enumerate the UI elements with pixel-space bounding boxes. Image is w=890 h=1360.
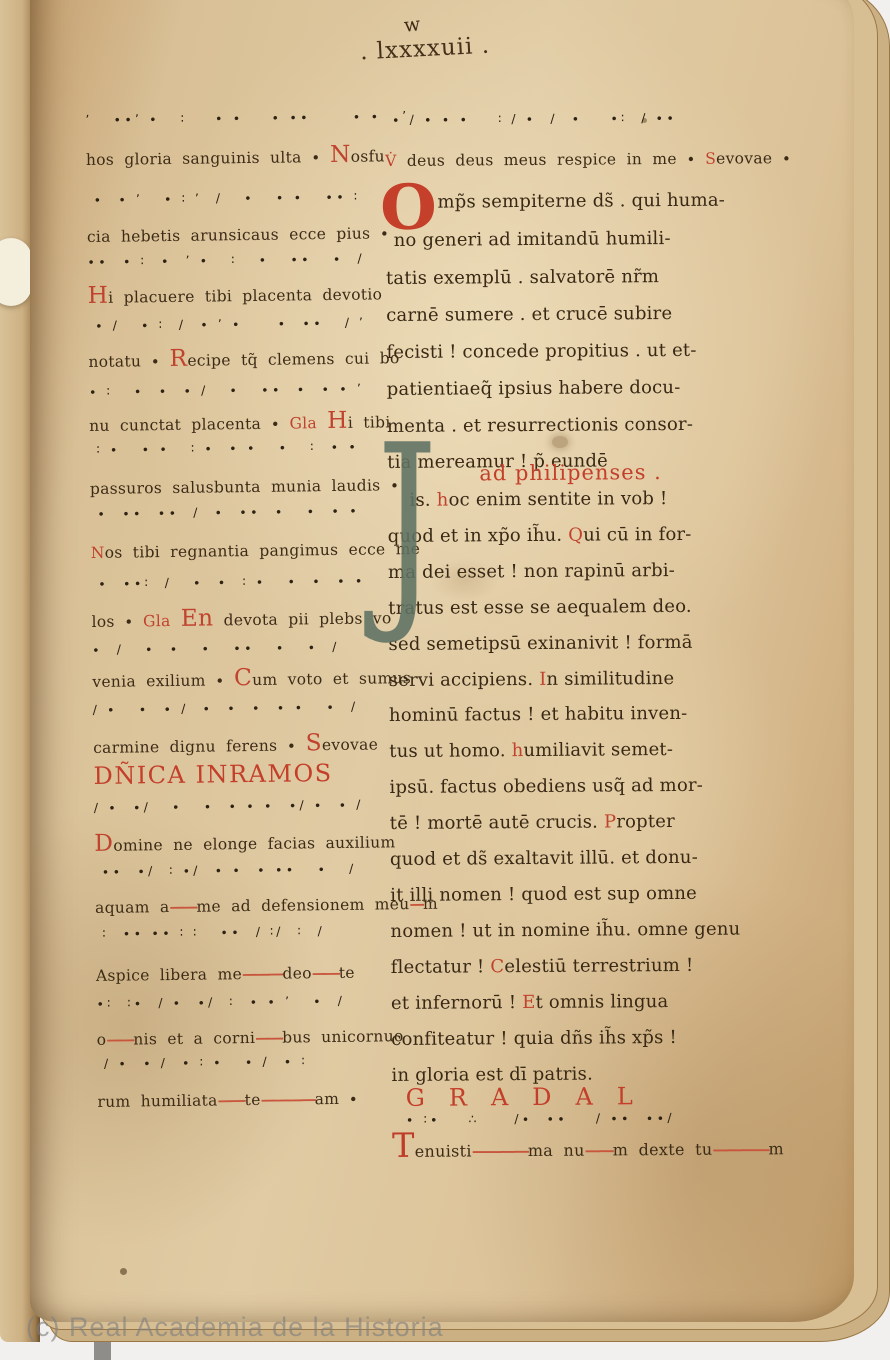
neume-row: ∙ ∙∙ ∙∙ ∕ ∙ ∙∙ ∙ ∙ ∙ ∙ xyxy=(90,503,360,521)
epistle-line: tus ut homo. humiliavit semet- xyxy=(389,739,673,762)
text-segment-bar: —— xyxy=(312,963,339,982)
text-segment-ink: am ∙ xyxy=(315,1090,358,1109)
text-segment-ink: n similitudine xyxy=(546,668,674,690)
text-segment-ink: osfu xyxy=(351,147,385,165)
neume-row: ∙ ∶ ∙ ∙ ∙ ∕ ∙ ∙∙ ∙ ∙ ∙ ʼ xyxy=(89,381,364,399)
text-segment-ink: elestiū terrestrium ! xyxy=(504,955,693,977)
text-segment-ink: carmine dignu ferens ∙ xyxy=(93,736,306,757)
text-segment-ink: los ∙ xyxy=(91,612,143,631)
folio-number: . lxxxxuii . xyxy=(359,33,490,66)
text-segment-ink: devota pii plebs vo xyxy=(213,609,391,629)
chant-line: carmine dignu ferens ∙ Sevovae xyxy=(93,734,378,756)
text-segment-ink: rum humiliata xyxy=(97,1091,217,1110)
text-segment-ink: te xyxy=(339,964,355,982)
neume-row: ʼ ∙∙ʼ ∙ ∶ ∙ ∙ ∙ ∙∙ ∙ ∙ ʼ xyxy=(85,108,409,127)
text-segment-ink: um voto et sumus xyxy=(252,669,411,689)
chant-line: Aspice libera me———deo——te xyxy=(96,963,355,985)
text-segment-ink: et infernorū ! xyxy=(391,992,522,1014)
text-segment-ink: quod et ds̃ exaltavit illū. et donu- xyxy=(390,847,698,870)
initial-O: O xyxy=(380,182,437,235)
neume-row: ∙ ∙∙∶ ∕ ∙ ∙ ∶ ∙ ∙ ∙ ∙ ∙ xyxy=(91,573,366,591)
text-segment-ink: i placuere tibi placenta devotio xyxy=(108,285,382,306)
epistle-line: is. hoc enim sentite in vob ! xyxy=(409,488,667,511)
text-segment-ink: servi accipiens. xyxy=(389,669,540,691)
epistle-line: hominū factus ! et habitu inven- xyxy=(389,703,688,726)
epistle-line: nomen ! ut in nomine ih̃u. omne genu xyxy=(390,919,740,942)
text-segment-redinit: C xyxy=(234,664,252,691)
text-segment-ink: tus ut homo. xyxy=(389,740,512,762)
text-segment-ink: ecipe tq̃ clemens cui bo xyxy=(187,349,399,370)
manuscript-photo: w . lxxxxuii . ʼ ∙∙ʼ ∙ ∶ ∙ ∙ ∙ ∙∙ ∙ ∙ ʼ … xyxy=(0,0,890,1360)
neume-row: ∙ ∙ ʼ ∙ ∶ ʼ ∕ ∙ ∙ ∙ ∙∙ ∶ xyxy=(86,189,360,207)
epistle-line: servi accipiens. In similitudine xyxy=(389,668,675,691)
text-segment-ink xyxy=(317,414,327,432)
text-segment-ink: te xyxy=(245,1091,261,1109)
collect-line: mp̃s sempiterne ds̃ . qui huma- xyxy=(437,190,725,213)
text-segment-bar: ——— xyxy=(242,964,283,983)
collect-line: patientiaeq̃ ipsius habere docu- xyxy=(387,377,681,400)
text-segment-ink: nu cunctat placenta ∙ xyxy=(89,415,290,435)
epistle-line: quod et ds̃ exaltavit illū. et donu- xyxy=(390,847,698,870)
neume-row: ∙ ∕ ∙ ∶ ∕ ∙ ʼ ∙ ∙ ∙∙ ∕ ʼ xyxy=(88,315,366,333)
text-segment-ink: confiteatur ! quia dñs ih̃s xp̃s ! xyxy=(391,1027,677,1050)
text-segment-red: h xyxy=(512,740,524,761)
text-segment-ink: o xyxy=(97,1031,107,1049)
text-segment-ink: mp̃s sempiterne ds̃ . qui huma- xyxy=(437,190,725,213)
text-segment-ink: ma nu xyxy=(528,1141,585,1160)
collect-line: carnē sumere . et crucē subire xyxy=(386,303,672,326)
text-segment-red: E xyxy=(522,992,535,1013)
neume-row: ∙∙ ∙∕ ∶ ∙∕ ∙ ∙ ∙ ∙∙ ∙ ∕ xyxy=(95,861,357,879)
chant-line: Nos tibi regnantia pangimus ecce me xyxy=(91,540,421,562)
watermark: (c) Real Academia de la Historia xyxy=(26,1312,444,1343)
chant-line: cia hebetis arunsicaus ecce pius ∙ xyxy=(87,224,389,246)
text-segment-redinitbig: T xyxy=(392,1126,415,1165)
text-segment-ink: deo xyxy=(282,964,312,982)
rubric-palm-sunday: DÑICA INRAMOS xyxy=(93,759,332,790)
text-segment-bar: —— xyxy=(255,1028,282,1047)
text-segment-ink: fecisti ! concede propitius . ut et- xyxy=(386,340,696,363)
epistle-line: tē ! mortē autē crucis. Propter xyxy=(390,811,675,834)
neume-row: ∕ ∙ ∙ ∙ ∕ ∙ ∙ ∙ ∙ ∙ ∙ ∕ xyxy=(93,699,359,717)
rubric-gradual: GRADAL xyxy=(406,1082,657,1112)
text-segment-ink: aquam a xyxy=(95,898,170,917)
text-segment-bar: —— xyxy=(169,897,196,916)
neume-row: ∕ ∙ ∙∕ ∙ ∙ ∙ ∙ ∙ ∙∕ ∙ ∙ ∕ xyxy=(94,797,364,815)
text-segment-red: S xyxy=(705,150,716,168)
text-segment-redinit: S xyxy=(305,729,322,756)
text-segment-redinit: H xyxy=(327,407,348,434)
text-segment-ink: os tibi regnantia pangimus ecce me xyxy=(105,540,421,562)
folio-quire-mark: w xyxy=(403,13,421,37)
epistle-line: et infernorū ! Et omnis lingua xyxy=(391,991,669,1014)
text-segment-ink: no generi ad imitandū humili- xyxy=(394,228,671,251)
text-segment-bar: ———— xyxy=(712,1139,768,1158)
neume-row: ∙∶ ∶∙ ∕ ∙ ∙∕ ∶ ∙ ∙ ʼ ∙ ∕ xyxy=(96,993,345,1011)
rubric-epistle-title: ad philipenses . xyxy=(479,460,662,485)
text-segment-ink: tē ! mortē autē crucis. xyxy=(390,811,604,833)
text-segment-ink: ui cū in for- xyxy=(583,524,691,546)
chant-line: aquam a——me ad defensionem meu—m xyxy=(95,894,438,917)
text-segment-ink: deus deus meus respice in me ∙ xyxy=(407,150,705,170)
text-segment-bar: ———— xyxy=(472,1141,528,1160)
epistle-line: ipsū. factus obediens usq̃ ad mor- xyxy=(389,775,703,798)
chant-line: los ∙ Gla En devota pii plebs vo xyxy=(91,608,391,631)
text-segment-ink: evovae ∙ xyxy=(716,149,790,168)
text-segment-ink: m dexte tu xyxy=(613,1140,713,1160)
text-segment-redinit: N xyxy=(330,141,351,168)
text-segment-ink: t omnis lingua xyxy=(535,991,668,1013)
chant-line: o——nis et a corni——bus unicornuo xyxy=(97,1026,404,1049)
neume-row: ∙∙ ∙ ∶ ∙ ʼ ∙ ∶ ∙ ∙∙ ∙ ∕ xyxy=(87,251,365,269)
epistle-line: it illi nomen ! quod est sup omne xyxy=(390,883,697,906)
text-segment-ink: patientiaeq̃ ipsius habere docu- xyxy=(387,377,681,400)
text-segment-ink: enuisti xyxy=(415,1141,472,1160)
parchment-stain xyxy=(120,1268,127,1275)
manuscript-page: w . lxxxxuii . ʼ ∙∙ʼ ∙ ∶ ∙ ∙ ∙ ∙∙ ∙ ∙ ʼ … xyxy=(30,0,854,1322)
text-segment-red: Q xyxy=(568,525,583,546)
text-segment-ink: umiliavit semet- xyxy=(523,739,673,761)
text-segment-red: Gla xyxy=(143,612,171,630)
neume-row: ∙ ∕ ∙ ∙ ∙ ∙∙ ∙ ∙ ∕ xyxy=(92,639,340,657)
text-segment-redinit: En xyxy=(181,604,214,631)
chant-line: notatu ∙ Recipe tq̃ clemens cui bo xyxy=(88,348,399,371)
collect-line: fecisti ! concede propitius . ut et- xyxy=(386,340,696,363)
text-segment-ink: m xyxy=(768,1139,784,1158)
text-segment-ink: passuros salusbunta munia laudis ∙ xyxy=(90,476,399,498)
text-segment-ink: carnē sumere . et crucē subire xyxy=(386,303,672,326)
text-segment-red: N xyxy=(91,544,105,562)
text-segment-ink xyxy=(170,612,180,630)
chant-line: venia exilium ∙ Cum voto et sumus xyxy=(92,668,411,691)
versicle-line: V̇ deus deus meus respice in me ∙ Sevova… xyxy=(385,149,790,170)
text-segment-bar: ———— xyxy=(261,1089,315,1109)
text-segment-ink: nis et a corni xyxy=(133,1029,255,1048)
epistle-line: flectatur ! Celestiū terrestrium ! xyxy=(391,955,694,978)
chant-line: rum humiliata——te————am ∙ xyxy=(97,1089,357,1111)
text-segment-ink: notatu ∙ xyxy=(88,352,169,371)
neume-row: ∶ ∙∙ ∙∙ ∶ ∶ ∙∙ ∕ ∶∕ ∶ ∕ xyxy=(95,923,325,941)
text-segment-ink: omine ne elonge facias auxilium xyxy=(113,833,395,854)
epistle-line: confiteatur ! quia dñs ih̃s xp̃s ! xyxy=(391,1027,677,1050)
gradual-incipit-line: Tenuisti————ma nu——m dexte tu————m xyxy=(392,1133,784,1161)
text-segment-ink: flectatur ! xyxy=(391,956,491,978)
text-segment-red: I xyxy=(539,669,546,690)
white-tab-marker xyxy=(0,238,32,306)
text-segment-red: Gla xyxy=(289,414,317,432)
text-segment-ink: ipsū. factus obediens usq̃ ad mor- xyxy=(389,775,703,798)
text-segment-red: h xyxy=(437,490,449,511)
text-segment-bar: —— xyxy=(218,1090,245,1109)
text-segment-ink: venia exilium ∙ xyxy=(92,671,234,691)
text-segment-ink: hominū factus ! et habitu inven- xyxy=(389,703,688,726)
chant-line: passuros salusbunta munia laudis ∙ xyxy=(90,476,399,498)
chant-line: nu cunctat placenta ∙ Gla Hi tibi xyxy=(89,412,391,435)
collect-line: no generi ad imitandū humili- xyxy=(394,228,671,251)
chant-line: hos gloria sanguinis ulta ∙ Nosfu xyxy=(86,146,385,169)
text-segment-ink: me ad defensionem meu xyxy=(196,895,409,916)
text-segment-red: P xyxy=(604,811,616,832)
collect-line: tatis exemplū . salvatorē nr̃m xyxy=(386,266,659,289)
neume-row: ∶ ∙ ∙ ∙ ∶ ∙ ∙ ∙ ∙ ∶ ∙ ∙ xyxy=(89,439,359,457)
text-segment-redinit: R xyxy=(169,345,187,372)
text-segment-ink: nomen ! ut in nomine ih̃u. omne genu xyxy=(390,919,740,942)
text-segment-ink: it illi nomen ! quod est sup omne xyxy=(390,883,697,906)
text-segment-ink: tatis exemplū . salvatorē nr̃m xyxy=(386,266,659,289)
neume-row: ∕ ∙ ∙ ∕ ∙ ∶ ∙ ∙ ∕ ∙ ∶ xyxy=(97,1053,308,1071)
text-segment-ink: cia hebetis arunsicaus ecce pius ∙ xyxy=(87,224,389,246)
text-segment-red: V̇ xyxy=(385,152,407,170)
text-segment-bar: —— xyxy=(585,1140,613,1159)
text-segment-redinit: D xyxy=(94,830,113,857)
text-segment-ink: hos gloria sanguinis ulta ∙ xyxy=(86,148,330,169)
chant-line: Domine ne elonge facias auxilium xyxy=(94,832,395,855)
text-segment-ink: bus unicornuo xyxy=(282,1027,404,1046)
neume-row: ∙ ∶∙ ∴ ∕∙ ∙∙ ∕ ∙∙ ∙∙∕ xyxy=(392,1110,675,1127)
text-segment-bar: —— xyxy=(106,1029,133,1048)
text-segment-ink: ropter xyxy=(616,811,675,832)
parchment-stain xyxy=(552,436,568,448)
text-segment-ink: evovae xyxy=(322,735,378,754)
chant-line: Hi placuere tibi placenta devotio xyxy=(88,284,383,307)
neume-row: ∙ ∕ ∙ ∙ ∙ ∶ ∕ ∙ ∕ ∙ ∙∶ ∕ ∙∙ xyxy=(385,110,677,127)
text-segment-ink: oc enim sentite in vob ! xyxy=(448,488,667,511)
text-segment-redinit: H xyxy=(87,282,108,309)
text-segment-ink: Aspice libera me xyxy=(96,965,242,985)
text-segment-red: C xyxy=(490,956,504,977)
initial-green-epistle: J xyxy=(377,422,437,626)
